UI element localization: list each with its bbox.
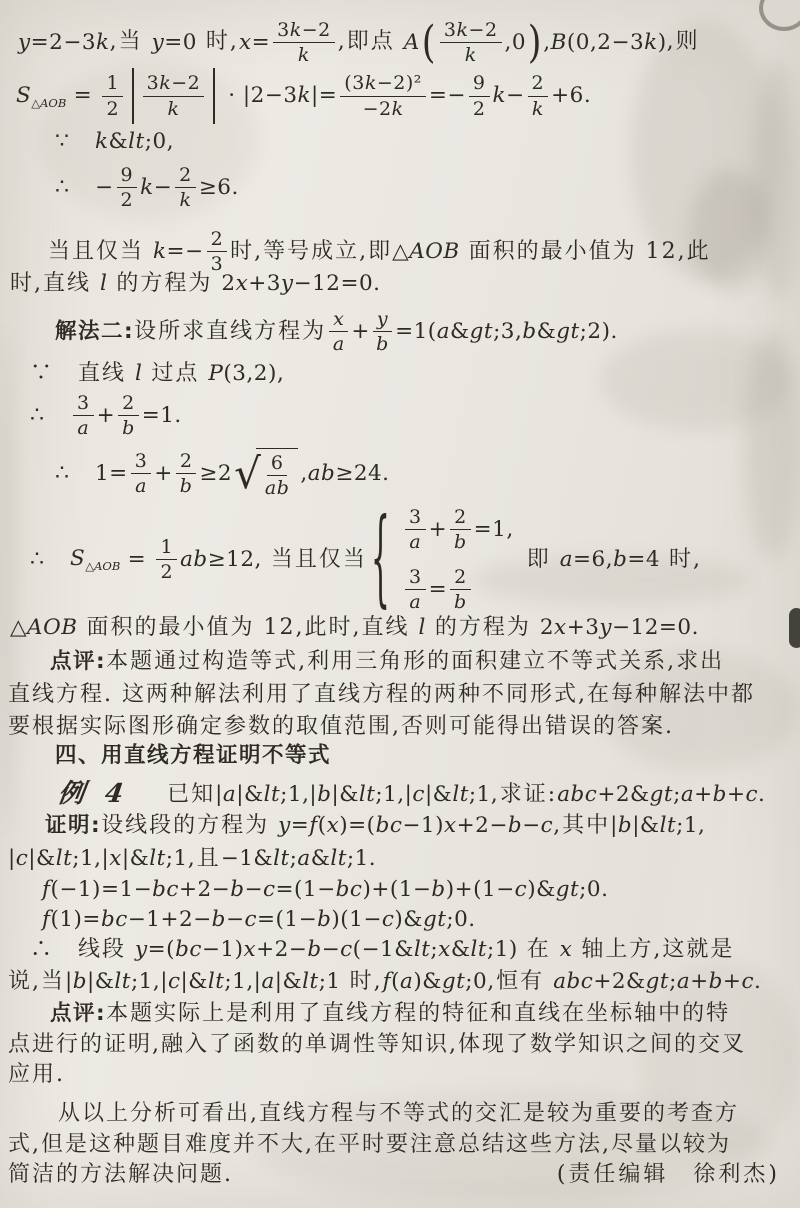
- doc-line-23: 说,当|b|&lt;1,|c|&lt;1,|a|&lt;1 时,f(a)&gt;…: [8, 968, 761, 997]
- math-expression: △AOB: [10, 614, 78, 642]
- math-expression: y=f(x)=(bc−1)x+2−b−c: [278, 812, 553, 840]
- fraction: 2b: [118, 392, 139, 440]
- doc-line-7: 解法二:设所求直线方程为xa+yb=1(a&gt;3,b&gt;2).: [55, 308, 618, 356]
- cjk-text: 式,但是这种题目难度并不大,在平时要注意总结这些方法,尽量以较为: [8, 1131, 731, 1160]
- math-expression: A: [404, 29, 420, 57]
- bleed-through-artifact: [0, 330, 16, 830]
- math-expression: ab≥12,: [180, 546, 262, 574]
- math-expression: △AOB: [392, 238, 460, 266]
- math-expression: =: [429, 576, 448, 604]
- cases-brace: {: [371, 492, 390, 629]
- math-expression: =: [66, 82, 99, 110]
- math-expression: y=(bc−1)x+2−b−c(−1&lt;x&lt;1): [135, 936, 518, 964]
- fraction: 92: [469, 72, 490, 120]
- cjk-text: ,则: [667, 28, 700, 57]
- doc-line-15: 要根据实际图形确定参数的取值范围,否则可能得出错误的答案.: [8, 713, 674, 742]
- bold-label: 解法二:: [55, 318, 134, 346]
- math-expression: −1&lt;a&lt;1.: [221, 845, 376, 873]
- fraction: 3k−2k: [143, 72, 205, 120]
- doc-line-26: 应用.: [8, 1061, 65, 1090]
- cjk-text: 面积的最小值为 12,此: [460, 238, 711, 267]
- fraction: 12: [156, 536, 177, 584]
- bold-label: 证明:: [45, 812, 101, 840]
- doc-line-13: 点评:本题通过构造等式,利用三角形的面积建立不等式关系,求出: [50, 648, 724, 677]
- radical-expression: √6ab: [234, 448, 298, 500]
- math-expression: ,B(0,2−3k): [543, 29, 666, 57]
- doc-line-5: 当且仅当 k=−23时,等号成立,即△AOB 面积的最小值为 12,此: [48, 228, 711, 276]
- fraction: 3a: [131, 450, 152, 498]
- math-expression: l: [135, 360, 142, 388]
- cjk-text: 应用.: [8, 1061, 65, 1090]
- cjk-text: 即: [518, 546, 560, 575]
- math-expression: |c|&lt;1,|x|&lt;1: [8, 845, 188, 873]
- doc-line-20: f(−1)=1−bc+2−b−c=(1−bc)+(1−b)+(1−c)&gt;0…: [42, 876, 608, 904]
- cjk-text: 设线段的方程为: [101, 812, 278, 841]
- cjk-text: 已知: [143, 781, 215, 810]
- doc-line-4: ∴ −92k−2k≥6.: [55, 164, 239, 212]
- math-expression: l: [100, 270, 107, 298]
- fraction: 92: [117, 164, 138, 212]
- doc-line-29: 简洁的方法解决问题.(责任编辑 徐利杰): [8, 1161, 780, 1190]
- math-expression: y=2−3k: [18, 29, 110, 57]
- doc-line-22: ∴ 线段 y=(bc−1)x+2−b−c(−1&lt;x&lt;1) 在 x 轴…: [30, 936, 734, 965]
- cjk-text: ∴: [55, 460, 95, 489]
- editor-credit: (责任编辑 徐利杰): [557, 1161, 780, 1190]
- math-expression: −: [95, 174, 114, 202]
- math-expression: abc+2&gt;a+b+c.: [553, 968, 761, 996]
- math-expression: y=0: [152, 29, 197, 57]
- doc-line-10: ∴ 1=3a+2b≥2√6ab,ab≥24.: [55, 448, 390, 500]
- fraction: 3a: [405, 566, 426, 614]
- math-expression: +: [154, 460, 173, 488]
- math-expression: ≥2: [199, 460, 232, 488]
- abs-bar: [213, 68, 215, 124]
- cjk-text: ∴: [30, 546, 70, 575]
- cjk-text: 的方程为: [426, 614, 540, 643]
- cjk-text: ,即点: [338, 28, 404, 57]
- bold-label: 点评:: [50, 648, 106, 676]
- doc-line-8: ∵ 直线 l 过点 P(3,2),: [30, 360, 286, 389]
- math-expression: P(3,2): [208, 360, 276, 388]
- fraction: 3a: [73, 392, 94, 440]
- cjk-text: 时,: [660, 546, 702, 575]
- cjk-text: 从以上分析可看出,直线方程与不等式的交汇是较为重要的考查方: [58, 1100, 739, 1129]
- math-expression: k=−: [153, 238, 204, 266]
- doc-line-28: 式,但是这种题目难度并不大,在平时要注意总结这些方法,尽量以较为: [8, 1131, 731, 1160]
- fraction: 3k−2k: [273, 19, 335, 67]
- binding-mark-artifact: [789, 608, 800, 648]
- doc-line-19: |c|&lt;1,|x|&lt;1,且−1&lt;a&lt;1.: [8, 845, 376, 874]
- abs-bar: [132, 68, 134, 124]
- fraction: 23: [207, 228, 228, 276]
- subscripted-symbol: S△AOB: [70, 545, 120, 574]
- math-expression: +: [97, 402, 116, 430]
- cjk-text: ,求证:: [491, 781, 557, 810]
- cjk-text: 面积的最小值为 12,此时,直线: [78, 614, 419, 643]
- cjk-text: 要根据实际图形确定参数的取值范围,否则可能得出错误的答案.: [8, 713, 674, 742]
- cjk-text: ,当: [110, 28, 152, 57]
- subscripted-symbol: S△AOB: [16, 82, 66, 111]
- math-expression: ,0: [505, 29, 527, 57]
- cjk-text: 在: [518, 936, 560, 965]
- math-expression: =−: [429, 82, 466, 110]
- cjk-text: 说,当: [8, 968, 65, 997]
- cjk-text: ∵: [55, 128, 95, 157]
- fraction: xa: [329, 308, 348, 356]
- cjk-text: ,其中: [553, 812, 610, 841]
- math-expression: 2x+3y−12=0.: [221, 270, 380, 298]
- cjk-text: ,: [277, 360, 286, 389]
- section-heading: 四、用直线方程证明不等式: [55, 742, 331, 770]
- math-expression: k−: [493, 82, 525, 110]
- cjk-text: ∴: [55, 174, 95, 203]
- cjk-text: ,且: [188, 845, 221, 874]
- doc-line-25: 点进行的证明,融入了函数的单调性等知识,体现了数学知识之间的交叉: [8, 1031, 746, 1060]
- doc-line-27: 从以上分析可看出,直线方程与不等式的交汇是较为重要的考查方: [58, 1100, 739, 1129]
- doc-line-6: 时,直线 l 的方程为 2x+3y−12=0.: [10, 270, 380, 299]
- cjk-text: 本题实际上是利用了直线方程的特征和直线在坐标轴中的特: [106, 1000, 730, 1029]
- doc-line-21: f(1)=bc−1+2−b−c=(1−b)(1−c)&gt;0.: [42, 906, 476, 934]
- math-expression: ,ab≥24.: [300, 460, 389, 488]
- fraction: (3k−2)²−2k: [340, 72, 426, 120]
- math-expression: k−: [140, 174, 172, 202]
- bold-label: 点评:: [50, 1000, 106, 1028]
- math-expression: ≥6.: [199, 174, 239, 202]
- fraction: 3a: [405, 506, 426, 554]
- math-expression: f(a)&gt;0: [383, 968, 488, 996]
- doc-line-11: ∴ S△AOB = 12ab≥12, 当且仅当{3a+2b=1,3a=2b 即 …: [30, 506, 702, 614]
- big-paren: (: [421, 14, 435, 71]
- cjk-text: 当且仅当: [262, 546, 367, 575]
- fraction: 2k: [528, 72, 549, 120]
- cjk-text: 点进行的证明,融入了函数的单调性等知识,体现了数学知识之间的交叉: [8, 1031, 746, 1060]
- big-paren: ): [528, 14, 542, 71]
- math-expression: +: [351, 318, 370, 346]
- cjk-text: 的方程为: [107, 270, 221, 299]
- math-expression: +: [429, 516, 448, 544]
- fraction: 2b: [176, 450, 197, 498]
- math-expression: · |2−3k|=: [221, 82, 337, 110]
- math-expression: 1=: [95, 460, 128, 488]
- doc-line-18: 证明:设线段的方程为 y=f(x)=(bc−1)x+2−b−c,其中|b|&lt…: [45, 812, 705, 841]
- doc-line-3: ∵ k&lt;0,: [55, 128, 176, 157]
- cjk-text: ,恒有: [487, 968, 553, 997]
- cjk-text: 设所求直线方程为: [134, 318, 326, 347]
- math-expression: |a|&lt;1,|b|&lt;1,|c|&lt;1: [215, 781, 491, 809]
- math-expression: =1.: [142, 402, 182, 430]
- doc-line-24: 点评:本题实际上是利用了直线方程的特征和直线在坐标轴中的特: [50, 1000, 730, 1029]
- cjk-text: ,: [167, 128, 176, 157]
- math-expression: abc+2&gt;a+b+c.: [557, 781, 765, 809]
- math-expression: 2x+3y−12=0.: [540, 614, 699, 642]
- fraction: 6ab: [265, 452, 290, 500]
- math-expression: a=6,b=4: [560, 546, 660, 574]
- fraction: yb: [373, 308, 392, 356]
- bleed-through-artifact: [745, 330, 800, 560]
- doc-line-9: ∴ 3a+2b=1.: [30, 392, 182, 440]
- scanned-textbook-page: y=2−3k,当 y=0 时,x=3k−2k,即点 A(3k−2k,0),B(0…: [0, 0, 800, 1208]
- bold-label: 四、用直线方程证明不等式: [55, 742, 331, 770]
- cases-group: {3a+2b=1,3a=2b: [371, 506, 514, 614]
- fraction: 3k−2k: [440, 19, 502, 67]
- cjk-text: 时,: [341, 968, 383, 997]
- math-expression: f(−1)=1−bc+2−b−c=(1−bc)+(1−b)+(1−c)&gt;0…: [42, 876, 608, 904]
- math-expression: |b|&lt;1,|c|&lt;1,|a|&lt;1: [65, 968, 341, 996]
- math-expression: |b|&lt;1,: [610, 812, 705, 840]
- cjk-text: 简洁的方法解决问题.: [8, 1161, 233, 1190]
- cjk-text: 本题通过构造等式,利用三角形的面积建立不等式关系,求出: [106, 648, 724, 677]
- cjk-text: 当且仅当: [48, 238, 153, 267]
- math-expression: f(1)=bc−1+2−b−c=(1−b)(1−c)&gt;0.: [42, 906, 476, 934]
- doc-line-14: 直线方程. 这两种解法利用了直线方程的两种不同形式,在每种解法中都: [8, 681, 755, 710]
- math-expression: l: [418, 614, 425, 642]
- math-expression: =: [120, 546, 153, 574]
- bleed-through-artifact: [755, 60, 800, 300]
- math-expression: k&lt;0: [95, 128, 167, 156]
- fraction: 2k: [175, 164, 196, 212]
- cjk-text: ∴: [30, 402, 70, 431]
- cjk-text: 轴上方,这就是: [572, 936, 734, 965]
- fraction: 12: [102, 72, 123, 120]
- cjk-text: 时,等号成立,即: [230, 238, 392, 267]
- fraction: 2b: [450, 506, 471, 554]
- cjk-text: ∴ 线段: [30, 936, 135, 965]
- cjk-text: ∵ 直线: [30, 360, 135, 389]
- punch-hole-artifact: [759, 0, 800, 31]
- math-expression: =1,: [474, 516, 514, 544]
- example-4-line: 例 4 已知|a|&lt;1,|b|&lt;1,|c|&lt;1,求证:abc+…: [58, 778, 765, 812]
- fraction: 2b: [450, 566, 471, 614]
- doc-line-2: S△AOB = 123k−2k · |2−3k|=(3k−2)²−2k=−92k…: [16, 68, 591, 124]
- math-expression: =1(a&gt;3,b&gt;2).: [395, 318, 618, 346]
- doc-line-1: y=2−3k,当 y=0 时,x=3k−2k,即点 A(3k−2k,0),B(0…: [18, 14, 700, 71]
- math-expression: x: [560, 936, 573, 964]
- doc-line-12: △AOB 面积的最小值为 12,此时,直线 l 的方程为 2x+3y−12=0.: [10, 614, 699, 643]
- math-expression: x=: [239, 29, 270, 57]
- cjk-text: 时,: [197, 28, 239, 57]
- math-expression: +6.: [551, 82, 591, 110]
- cjk-text: 过点: [142, 360, 208, 389]
- cjk-text: 直线方程. 这两种解法利用了直线方程的两种不同形式,在每种解法中都: [8, 681, 755, 710]
- cjk-text: 时,直线: [10, 270, 100, 299]
- example-label: 例 4: [56, 778, 132, 812]
